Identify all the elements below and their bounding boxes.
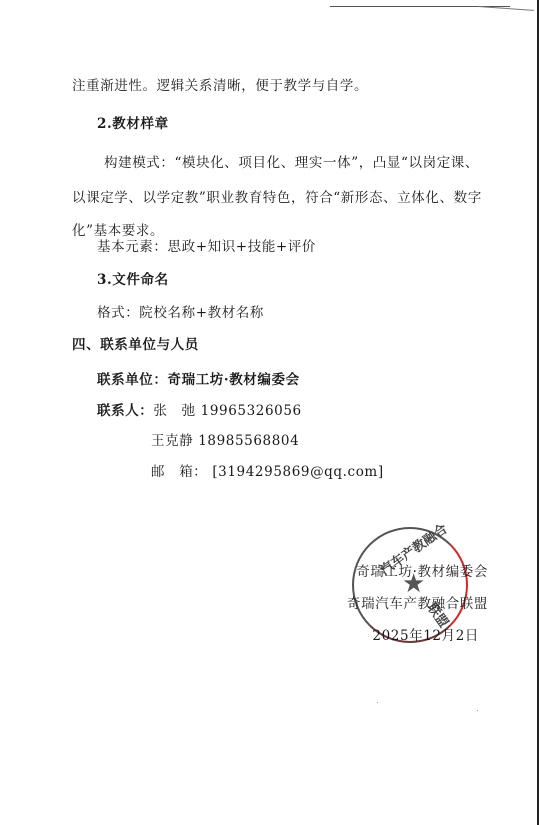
signature-org-1: 奇瑞工坊·教材编委会 [356, 563, 488, 581]
contact-person2-row: 王克静 18985568804 [151, 432, 299, 450]
signature-date: 2025年12月2日 [372, 627, 479, 645]
contact-unit-row: 联系单位：奇瑞工坊·教材编委会 [97, 371, 300, 389]
contact-email-value: [3194295869@qq.com] [212, 464, 383, 480]
contact-person1-phone: 19965326056 [201, 403, 302, 419]
section-heading-4: 四、联系单位与人员 [72, 336, 199, 354]
contact-person-label: 联系人： [97, 403, 153, 419]
contact-email-row: 邮 箱： [3194295869@qq.com] [151, 463, 384, 481]
scan-speck [377, 702, 378, 703]
signature-org-2: 奇瑞汽车产教融合联盟 [347, 595, 488, 613]
contact-person2-phone: 18985568804 [198, 433, 299, 449]
contact-email-label: 邮 箱： [151, 464, 207, 480]
section-heading-2: 2.教材样章 [97, 115, 169, 133]
contact-person1-name: 张 弛 [153, 403, 195, 419]
paragraph-text: 构建模式：“模块化、项目化、理实一体”，凸显“以岗定课、 [104, 154, 479, 172]
paragraph-text: 格式：院校名称+教材名称 [97, 304, 264, 322]
official-seal: 汽车产教融合 ★ 联盟 [352, 527, 468, 643]
contact-person-row: 联系人：张 弛 19965326056 [97, 402, 302, 420]
contact-person2-name: 王克静 [151, 433, 193, 449]
paragraph-text: 基本元素：思政+知识+技能+评价 [97, 238, 316, 256]
paragraph-text: 注重渐进性。逻辑关系清晰，便于教学与自学。 [72, 77, 368, 95]
contact-unit-value: 奇瑞工坊·教材编委会 [168, 372, 300, 388]
contact-unit-label: 联系单位： [97, 372, 168, 388]
section-heading-3: 3.文件命名 [97, 271, 169, 289]
scan-speck [477, 710, 478, 711]
paragraph-text: 以课定学、以学定教”职业教育特色，符合“新形态、立体化、数字 [72, 189, 482, 207]
